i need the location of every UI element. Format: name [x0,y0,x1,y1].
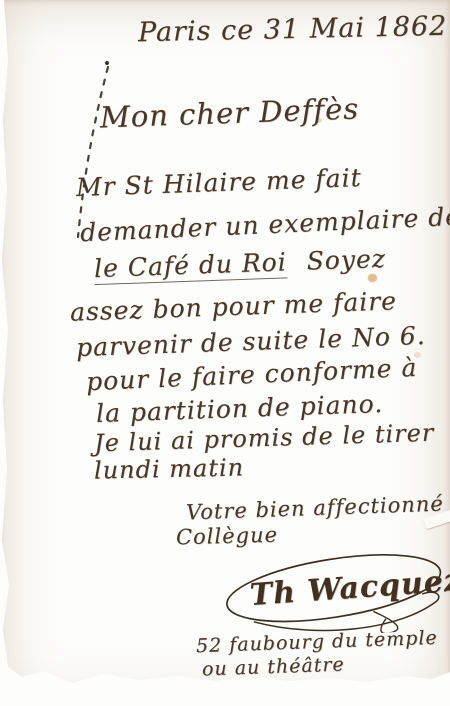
body-line-continuation: Soyez [306,244,386,276]
body-line: lundi matin [94,453,245,484]
closing-line: Collègue [176,523,279,550]
dateline: Paris ce 31 Mai 1862 [138,11,448,48]
foxing-spot [368,274,377,282]
